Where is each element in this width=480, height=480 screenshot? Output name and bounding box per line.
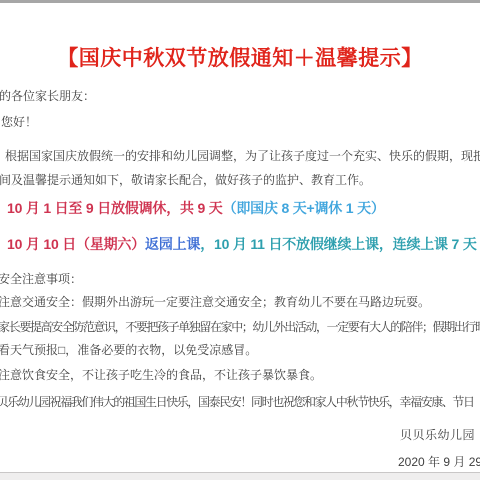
notice-page: 【国庆中秋双节放假通知＋温馨提示】 的各位家长朋友： 您好！ 根据国家国庆放假统… [0, 0, 480, 480]
safety-item-food: 注意饮食安全，不让孩子吃生冷的食品，不让孩子暴饮暴食。 [0, 369, 322, 383]
top-border-bar [0, 0, 480, 3]
signature: 贝贝乐幼儿园 [400, 429, 475, 443]
safety-item-weather: 看天气预报□，准备必要的衣物，以免受凉感冒。 [0, 344, 257, 358]
blessing-line: 贝贝乐幼儿园祝福我们伟大的祖国生日快乐，国泰民安！同时也祝您和家人中秋节快乐，幸… [0, 396, 474, 410]
date: 2020 年 9 月 29 日 [398, 456, 480, 470]
safety-header: 安全注意事项： [0, 273, 82, 287]
hello-line: 您好！ [1, 116, 37, 130]
holiday-line-2-date: 10 月 10 日（星期六） [7, 236, 145, 252]
holiday-line-2: 10 月 10 日（星期六）返园上课，10 月 11 日不放假继续上课，连续上课… [7, 236, 477, 252]
safety-item-traffic: 注意交通安全：假期外出游玩一定要注意交通安全；教育幼儿不要在马路边玩耍。 [0, 296, 430, 310]
salutation-line: 的各位家长朋友： [0, 90, 95, 104]
holiday-line-1: 10 月 1 日至 9 日放假调休，共 9 天（即国庆 8 天+调休 1 天） [7, 200, 385, 216]
holiday-line-2-return: 返园上课 [145, 236, 200, 252]
notice-title: 【国庆中秋双节放假通知＋温馨提示】 [0, 42, 480, 72]
holiday-line-1-detail: （即国庆 8 天+调休 1 天） [223, 200, 385, 216]
intro-line-1: 根据国家国庆放假统一的安排和幼儿园调整，为了让孩子度过一个充实、快乐的假期，现把 [5, 150, 480, 164]
holiday-line-2-detail: ，10 月 11 日不放假继续上课，连续上课 7 天 [200, 236, 476, 252]
safety-item-supervision: 家长要提高安全防范意识，不要把孩子单独留在家中；幼儿外出活动，一定要有大人的陪伴… [0, 321, 480, 335]
footer-band [0, 472, 480, 480]
intro-line-2: 间及温馨提示通知如下，敬请家长配合，做好孩子的监护、教育工作。 [0, 174, 371, 188]
holiday-line-1-dates: 10 月 1 日至 9 日放假调休，共 9 天 [7, 200, 223, 216]
